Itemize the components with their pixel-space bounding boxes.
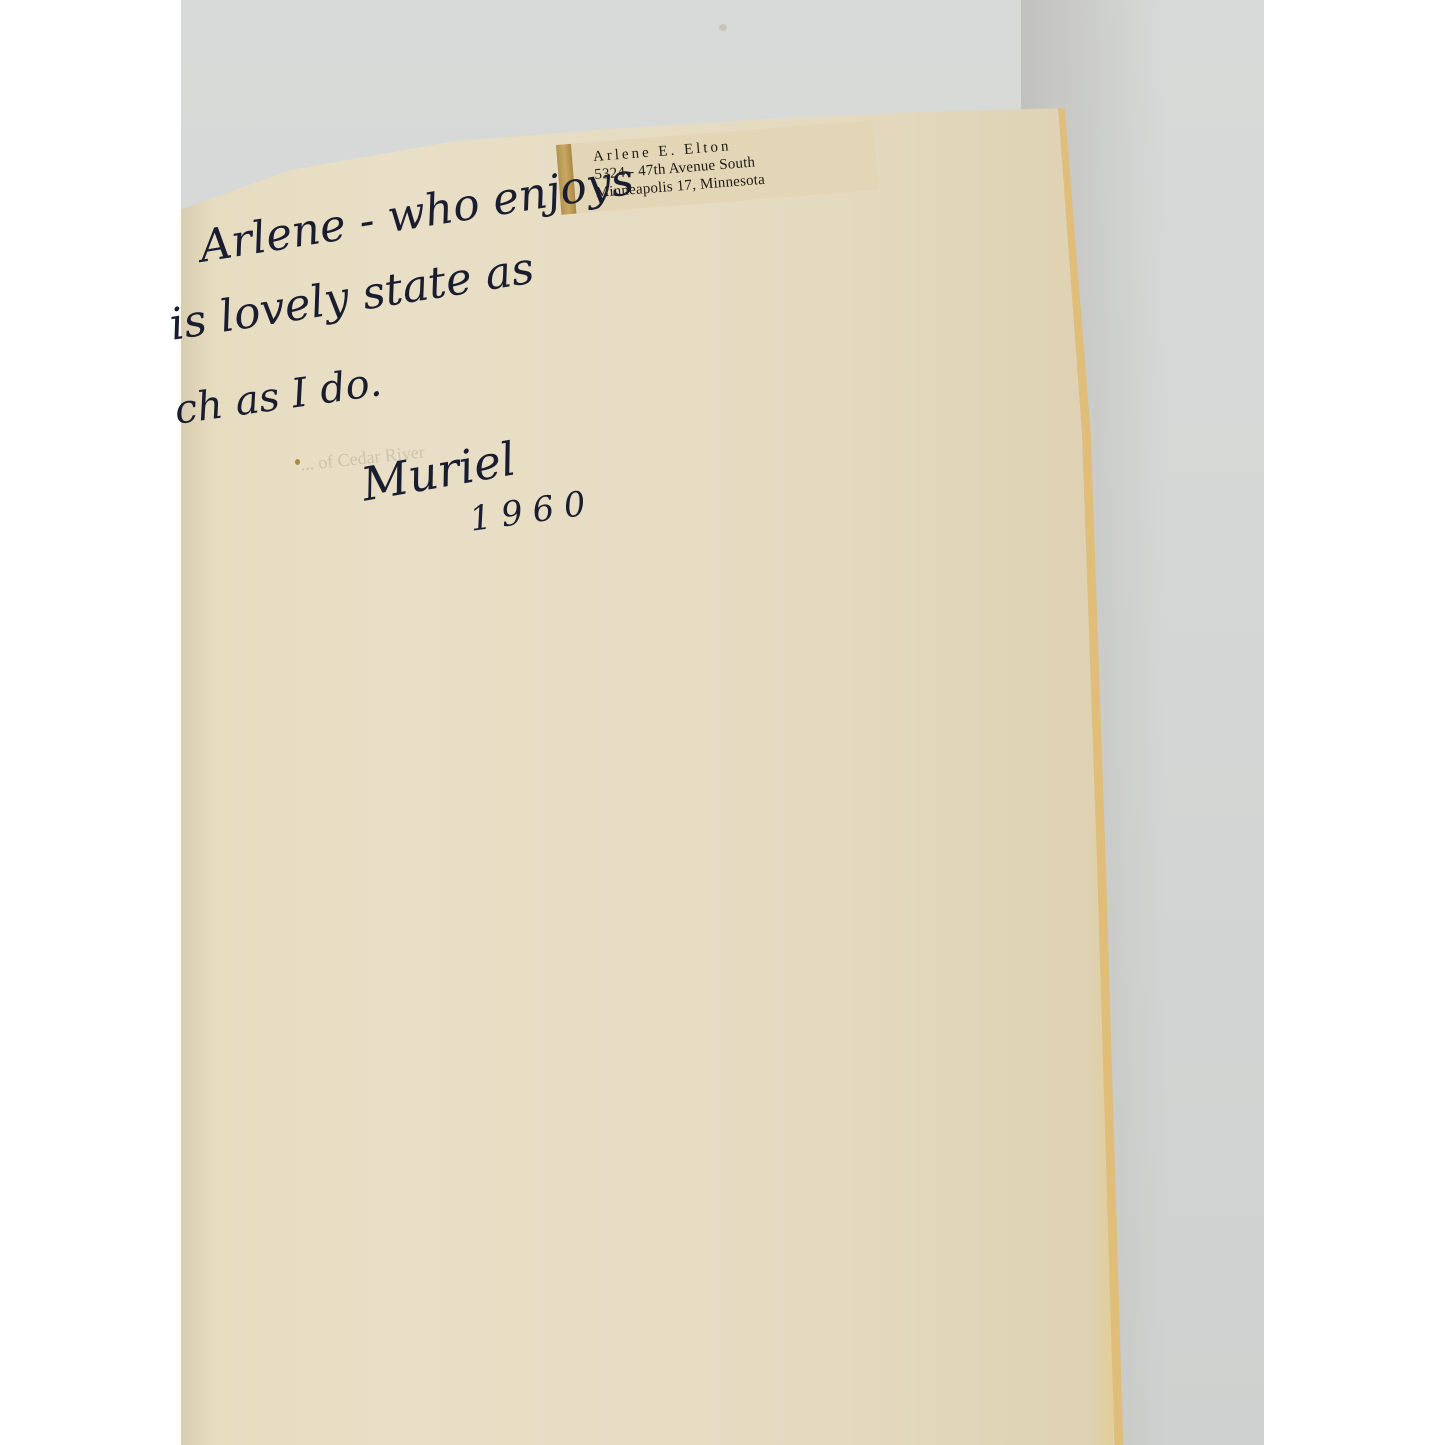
dust-speck <box>719 24 727 31</box>
paper-spot <box>295 459 300 465</box>
